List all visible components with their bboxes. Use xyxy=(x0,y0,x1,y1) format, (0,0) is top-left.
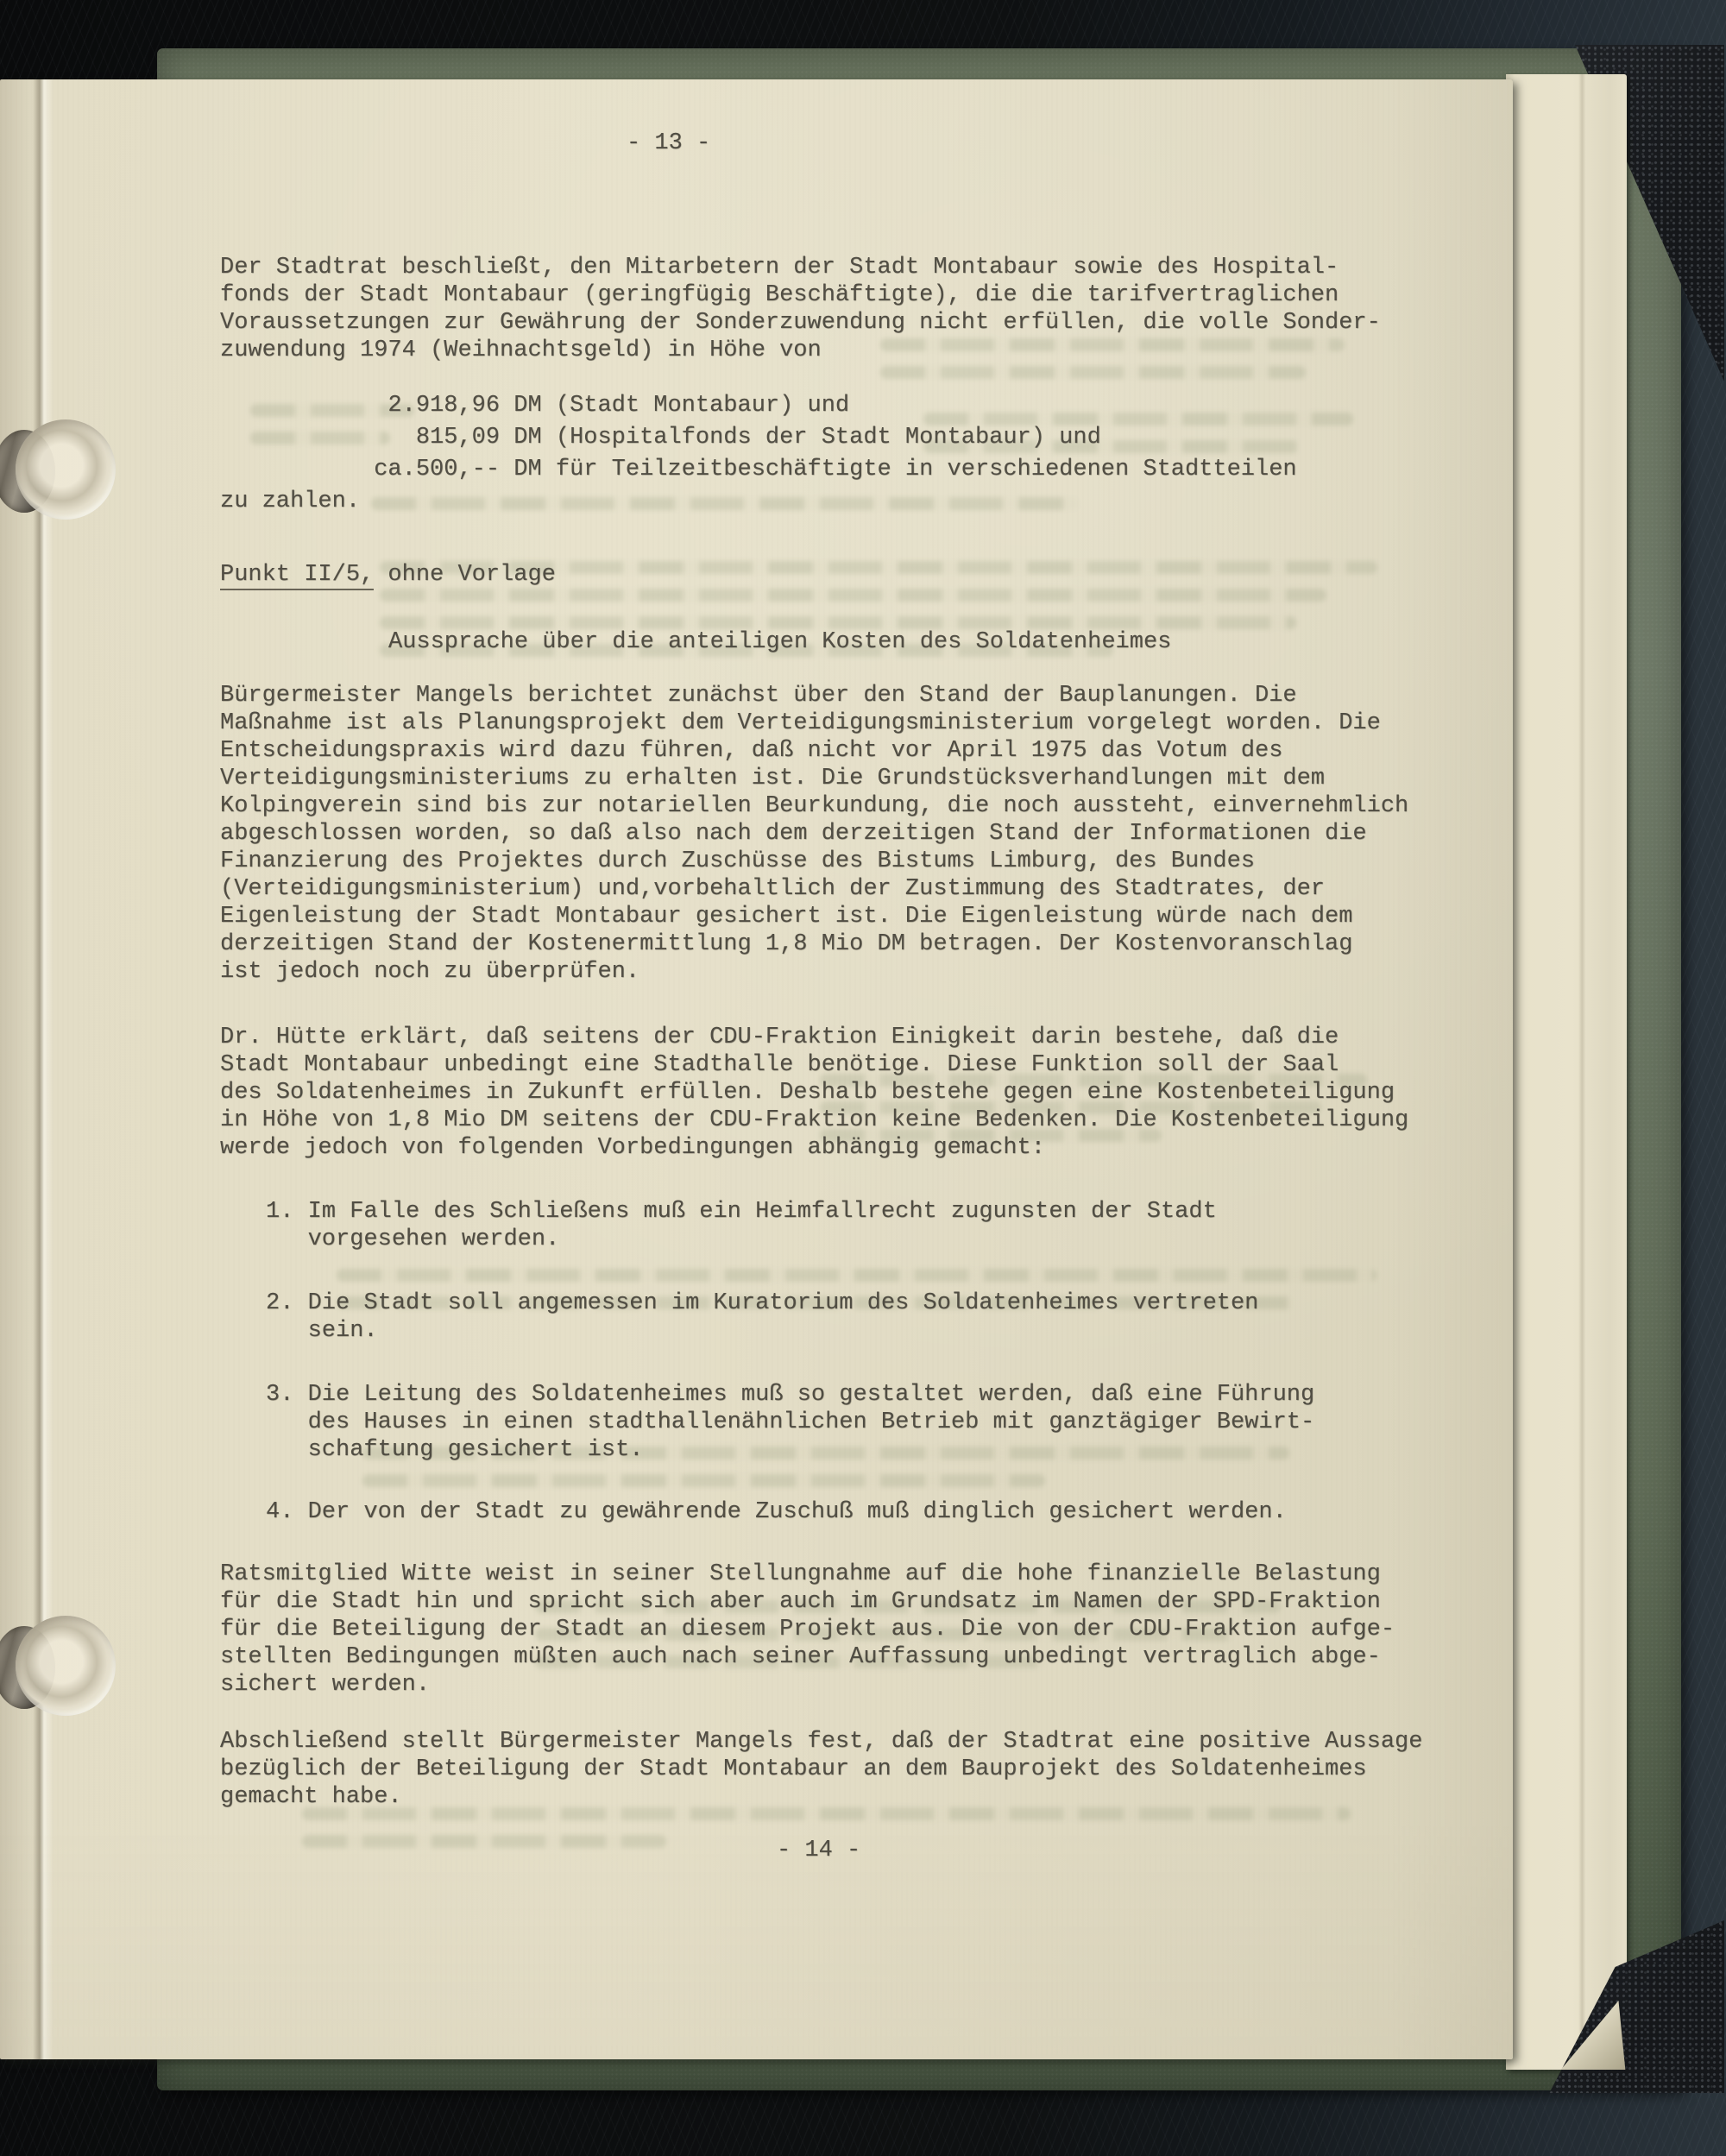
amounts-block: 2.918,96 DM (Stadt Montabaur) und 815,09… xyxy=(220,390,1297,518)
paragraph-cdu-statement: Dr. Hütte erklärt, daß seitens der CDU-F… xyxy=(220,1024,1408,1162)
underlying-page-edge xyxy=(1506,74,1627,2070)
binder-hole-top xyxy=(0,419,123,523)
agenda-item-heading: Punkt II/5, ohne Vorlage xyxy=(220,561,556,589)
paragraph-mayor-report: Bürgermeister Mangels berichtet zunächst… xyxy=(220,682,1408,986)
paragraph-conclusion: Abschließend stellt Bürgermeister Mangel… xyxy=(220,1728,1422,1811)
agenda-item-title: Aussprache über die anteiligen Kosten de… xyxy=(388,628,1171,656)
list-item-3: 3. Die Leitung des Soldatenheimes muß so… xyxy=(266,1381,1314,1464)
list-item-2: 2. Die Stadt soll angemessen im Kuratori… xyxy=(266,1289,1258,1345)
binder-hole-bottom xyxy=(0,1616,123,1719)
paragraph-spd-statement: Ratsmitglied Witte weist in seiner Stell… xyxy=(220,1560,1395,1699)
paragraph-resolution: Der Stadtrat beschließt, den Mitarbetern… xyxy=(220,254,1381,364)
page-number-top: - 13 - xyxy=(627,129,710,157)
agenda-item-number: Punkt II/5, xyxy=(220,562,374,590)
agenda-item-note: ohne Vorlage xyxy=(374,562,556,588)
list-item-4: 4. Der von der Stadt zu gewährende Zusch… xyxy=(266,1498,1287,1526)
list-item-1: 1. Im Falle des Schließens muß ein Heimf… xyxy=(266,1198,1217,1253)
page-number-bottom: - 14 - xyxy=(777,1837,860,1864)
scanned-minutes-page: - 13 - Der Stadtrat beschließt, den Mita… xyxy=(0,0,1726,2156)
punched-hole-ring-top xyxy=(16,419,116,520)
punched-hole-ring-bottom xyxy=(16,1616,116,1716)
